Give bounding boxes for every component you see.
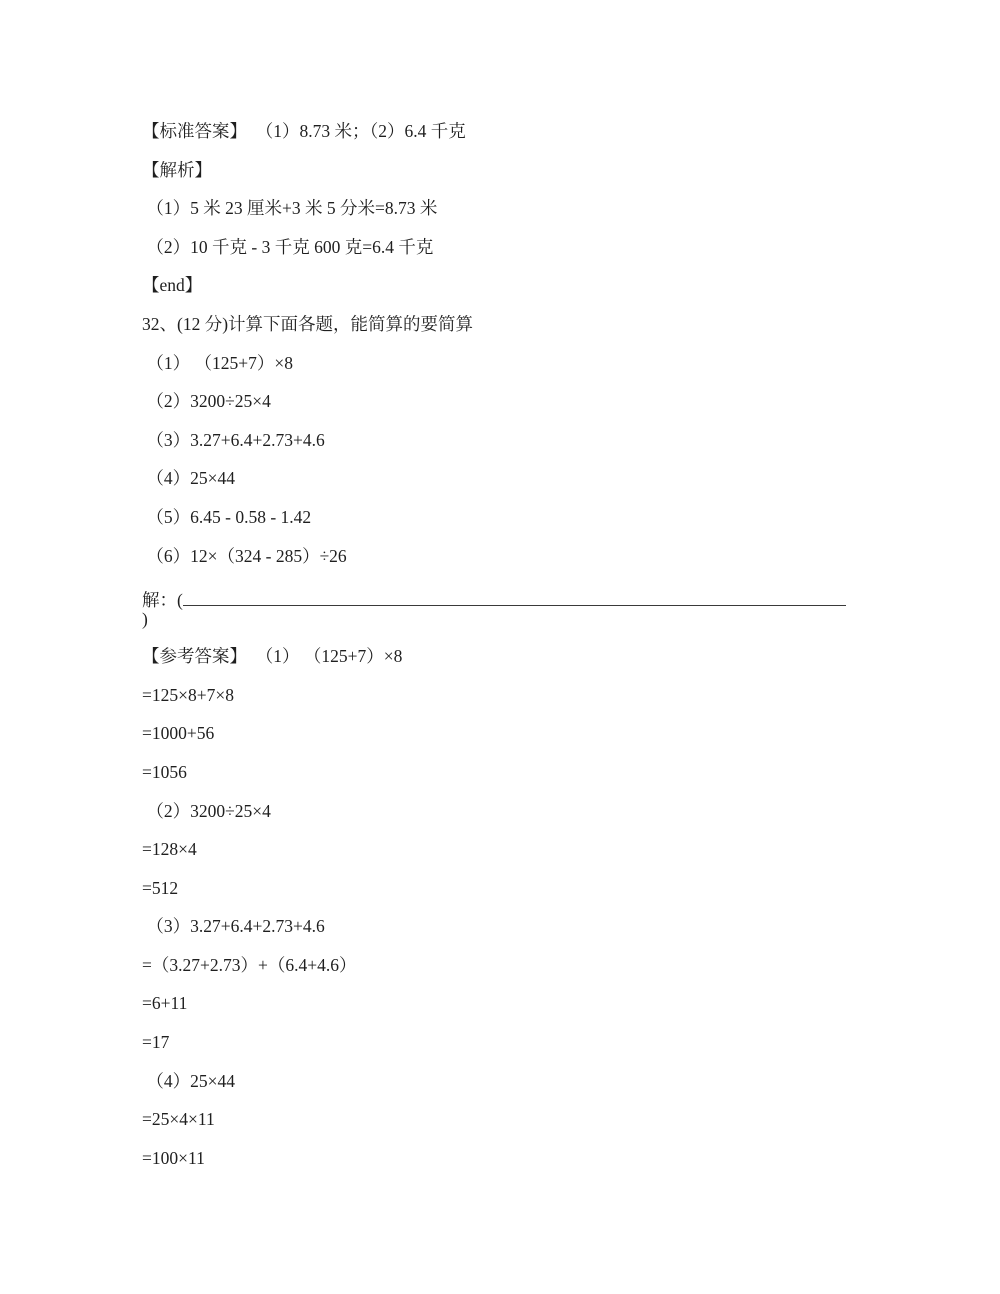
end-marker: 【end】 (142, 266, 940, 305)
solution-prefix: 解：( (142, 590, 183, 610)
answer-item-2: （2）3200÷25×4 (142, 792, 940, 831)
solution-blank-line: 解：( (142, 585, 940, 615)
q32-item-6: （6）12×（324 - 285）÷26 (142, 537, 940, 576)
calc-step-line: =100×11 (142, 1139, 940, 1178)
document-page: 【标准答案】 （1）8.73 米；（2）6.4 千克 【解析】 （1）5 米 2… (0, 0, 1000, 1294)
q32-item-1: （1） （125+7）×8 (142, 344, 940, 383)
calc-step-line: =25×4×11 (142, 1100, 940, 1139)
analysis-item-1: （1）5 米 23 厘米+3 米 5 分米=8.73 米 (142, 189, 940, 228)
calc-step-line: =（3.27+2.73）+（6.4+4.6） (142, 946, 940, 985)
calc-step-line: =6+11 (142, 984, 940, 1023)
calc-step-line: =1000+56 (142, 714, 940, 753)
analysis-heading: 【解析】 (142, 151, 940, 190)
calc-step-line: =125×8+7×8 (142, 676, 940, 715)
question-32-title: 32、(12 分)计算下面各题，能简算的要简算 (142, 305, 940, 344)
standard-answer-line: 【标准答案】 （1）8.73 米；（2）6.4 千克 (142, 112, 940, 151)
calc-step-line: =512 (142, 869, 940, 908)
calc-step-line: =128×4 (142, 830, 940, 869)
answer-blank-underline (183, 592, 846, 606)
answer-item-3: （3）3.27+6.4+2.73+4.6 (142, 907, 940, 946)
calc-step-line: =17 (142, 1023, 940, 1062)
calc-step-line: =1056 (142, 753, 940, 792)
q32-item-2: （2）3200÷25×4 (142, 382, 940, 421)
analysis-item-2: （2）10 千克 - 3 千克 600 克=6.4 千克 (142, 228, 940, 267)
q32-item-5: （5）6.45 - 0.58 - 1.42 (142, 498, 940, 537)
q32-item-4: （4）25×44 (142, 459, 940, 498)
q32-item-3: （3）3.27+6.4+2.73+4.6 (142, 421, 940, 460)
answer-item-4: （4）25×44 (142, 1062, 940, 1101)
reference-answer-heading: 【参考答案】 （1） （125+7）×8 (142, 637, 940, 676)
